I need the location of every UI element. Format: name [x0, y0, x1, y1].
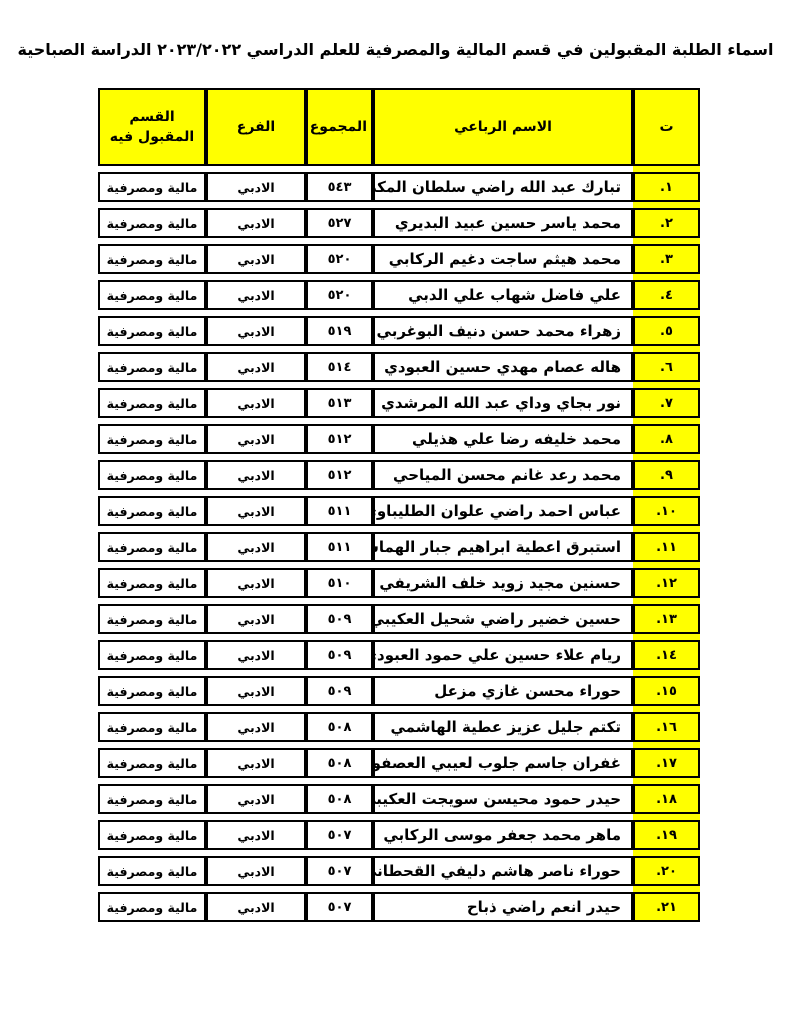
table-header-row: ت الاسم الرباعي المجموع الفرع القسم المق… [98, 88, 700, 166]
table-row: ٧. نور بجاي وداي عبد الله المرشدي ٥١٣ ال… [98, 388, 700, 418]
cell-index: ١١. [633, 532, 700, 562]
cell-index: ٢١. [633, 892, 700, 922]
cell-name: زهراء محمد حسن دنيف البوغربي [373, 316, 633, 346]
cell-index: ٨. [633, 424, 700, 454]
cell-name: حوراء محسن غازي مزعل [373, 676, 633, 706]
cell-total: ٥١٣ [306, 388, 373, 418]
cell-name: حسين خضير راضي شحيل العكيبي [373, 604, 633, 634]
cell-department: مالية ومصرفية [98, 532, 206, 562]
header-total: المجموع [306, 88, 373, 166]
cell-department: مالية ومصرفية [98, 676, 206, 706]
cell-total: ٥٠٧ [306, 820, 373, 850]
table-row: ٦. هاله عصام مهدي حسين العبودي ٥١٤ الادب… [98, 352, 700, 382]
table-row: ١٦. تكتم جليل عزيز عطية الهاشمي ٥٠٨ الاد… [98, 712, 700, 742]
cell-name: محمد هيثم ساجت دغيم الركابي [373, 244, 633, 274]
table-row: ٤. علي فاضل شهاب علي الدبي ٥٢٠ الادبي ما… [98, 280, 700, 310]
cell-branch: الادبي [206, 748, 306, 778]
cell-department: مالية ومصرفية [98, 640, 206, 670]
cell-department: مالية ومصرفية [98, 496, 206, 526]
cell-index: ٧. [633, 388, 700, 418]
cell-name: هاله عصام مهدي حسين العبودي [373, 352, 633, 382]
cell-branch: الادبي [206, 712, 306, 742]
document-page: اسماء الطلبة المقبولين في قسم المالية وا… [0, 0, 791, 1024]
cell-name: تبارك عبد الله راضي سلطان المكصوصي [373, 172, 633, 202]
cell-name: حسنين مجيد زويد خلف الشريفي [373, 568, 633, 598]
table-row: ١٧. غفران جاسم جلوب لعيبي العصفوري ٥٠٨ ا… [98, 748, 700, 778]
cell-name: عباس احمد راضي علوان الطليباوي [373, 496, 633, 526]
table-header: ت الاسم الرباعي المجموع الفرع القسم المق… [98, 88, 700, 166]
cell-index: ١٧. [633, 748, 700, 778]
cell-department: مالية ومصرفية [98, 208, 206, 238]
cell-name: ماهر محمد جعفر موسى الركابي [373, 820, 633, 850]
cell-total: ٥٠٨ [306, 748, 373, 778]
cell-department: مالية ومصرفية [98, 604, 206, 634]
cell-total: ٥١١ [306, 532, 373, 562]
cell-branch: الادبي [206, 280, 306, 310]
cell-index: ١٣. [633, 604, 700, 634]
cell-name: حيدر انعم راضي ذباح [373, 892, 633, 922]
cell-branch: الادبي [206, 352, 306, 382]
students-table-container: ت الاسم الرباعي المجموع الفرع القسم المق… [98, 82, 700, 928]
cell-index: ٤. [633, 280, 700, 310]
cell-branch: الادبي [206, 172, 306, 202]
cell-total: ٥٠٨ [306, 712, 373, 742]
table-row: ١٢. حسنين مجيد زويد خلف الشريفي ٥١٠ الاد… [98, 568, 700, 598]
table-row: ١٩. ماهر محمد جعفر موسى الركابي ٥٠٧ الاد… [98, 820, 700, 850]
cell-branch: الادبي [206, 496, 306, 526]
cell-department: مالية ومصرفية [98, 352, 206, 382]
cell-department: مالية ومصرفية [98, 316, 206, 346]
cell-department: مالية ومصرفية [98, 712, 206, 742]
cell-total: ٥٠٩ [306, 604, 373, 634]
cell-branch: الادبي [206, 640, 306, 670]
cell-department: مالية ومصرفية [98, 172, 206, 202]
header-branch: الفرع [206, 88, 306, 166]
table-row: ٢. محمد ياسر حسين عبيد البديري ٥٢٧ الادب… [98, 208, 700, 238]
cell-branch: الادبي [206, 856, 306, 886]
cell-name: محمد خليفه رضا علي هذيلي [373, 424, 633, 454]
cell-branch: الادبي [206, 892, 306, 922]
cell-branch: الادبي [206, 388, 306, 418]
table-row: ٢١. حيدر انعم راضي ذباح ٥٠٧ الادبي مالية… [98, 892, 700, 922]
cell-total: ٥١٩ [306, 316, 373, 346]
cell-department: مالية ومصرفية [98, 280, 206, 310]
cell-name: علي فاضل شهاب علي الدبي [373, 280, 633, 310]
cell-total: ٥١١ [306, 496, 373, 526]
cell-total: ٥٠٨ [306, 784, 373, 814]
cell-total: ٥١٢ [306, 424, 373, 454]
table-body: ١. تبارك عبد الله راضي سلطان المكصوصي ٥٤… [98, 172, 700, 922]
header-name: الاسم الرباعي [373, 88, 633, 166]
table-row: ١٥. حوراء محسن غازي مزعل ٥٠٩ الادبي مالي… [98, 676, 700, 706]
cell-name: حوراء ناصر هاشم دليفي القحطاني [373, 856, 633, 886]
cell-index: ١٦. [633, 712, 700, 742]
table-row: ٢٠. حوراء ناصر هاشم دليفي القحطاني ٥٠٧ ا… [98, 856, 700, 886]
cell-total: ٥٢٧ [306, 208, 373, 238]
table-row: ١٣. حسين خضير راضي شحيل العكيبي ٥٠٩ الاد… [98, 604, 700, 634]
cell-branch: الادبي [206, 424, 306, 454]
cell-department: مالية ومصرفية [98, 424, 206, 454]
cell-total: ٥١٤ [306, 352, 373, 382]
cell-department: مالية ومصرفية [98, 784, 206, 814]
cell-branch: الادبي [206, 208, 306, 238]
cell-branch: الادبي [206, 820, 306, 850]
cell-index: ٦. [633, 352, 700, 382]
cell-total: ٥٠٧ [306, 856, 373, 886]
table-row: ٨. محمد خليفه رضا علي هذيلي ٥١٢ الادبي م… [98, 424, 700, 454]
table-row: ١. تبارك عبد الله راضي سلطان المكصوصي ٥٤… [98, 172, 700, 202]
header-department: القسم المقبول فيه [98, 88, 206, 166]
cell-name: نور بجاي وداي عبد الله المرشدي [373, 388, 633, 418]
cell-total: ٥٢٠ [306, 280, 373, 310]
cell-name: استبرق اعطية ابراهيم جبار الهماشي [373, 532, 633, 562]
cell-index: ٥. [633, 316, 700, 346]
cell-department: مالية ومصرفية [98, 856, 206, 886]
table-row: ١٨. حيدر حمود محيسن سويجت العكيبي ٥٠٨ ال… [98, 784, 700, 814]
cell-name: غفران جاسم جلوب لعيبي العصفوري [373, 748, 633, 778]
cell-index: ٢. [633, 208, 700, 238]
cell-department: مالية ومصرفية [98, 820, 206, 850]
cell-branch: الادبي [206, 604, 306, 634]
cell-index: ١٨. [633, 784, 700, 814]
cell-index: ١٩. [633, 820, 700, 850]
cell-index: ١. [633, 172, 700, 202]
cell-branch: الادبي [206, 244, 306, 274]
table-row: ١١. استبرق اعطية ابراهيم جبار الهماشي ٥١… [98, 532, 700, 562]
cell-total: ٥١٠ [306, 568, 373, 598]
cell-department: مالية ومصرفية [98, 388, 206, 418]
table-row: ٩. محمد رعد غانم محسن المياحي ٥١٢ الادبي… [98, 460, 700, 490]
cell-branch: الادبي [206, 568, 306, 598]
cell-name: محمد ياسر حسين عبيد البديري [373, 208, 633, 238]
cell-name: تكتم جليل عزيز عطية الهاشمي [373, 712, 633, 742]
students-table: ت الاسم الرباعي المجموع الفرع القسم المق… [98, 82, 700, 928]
cell-index: ١٢. [633, 568, 700, 598]
cell-index: ٢٠. [633, 856, 700, 886]
cell-total: ٥١٢ [306, 460, 373, 490]
cell-department: مالية ومصرفية [98, 748, 206, 778]
cell-name: حيدر حمود محيسن سويجت العكيبي [373, 784, 633, 814]
cell-index: ١٤. [633, 640, 700, 670]
header-index: ت [633, 88, 700, 166]
cell-name: ريام علاء حسين علي حمود العبودي [373, 640, 633, 670]
page-title: اسماء الطلبة المقبولين في قسم المالية وا… [0, 40, 791, 59]
cell-total: ٥٢٠ [306, 244, 373, 274]
table-row: ١٠. عباس احمد راضي علوان الطليباوي ٥١١ ا… [98, 496, 700, 526]
cell-department: مالية ومصرفية [98, 460, 206, 490]
cell-branch: الادبي [206, 676, 306, 706]
cell-index: ٣. [633, 244, 700, 274]
cell-department: مالية ومصرفية [98, 568, 206, 598]
cell-branch: الادبي [206, 532, 306, 562]
cell-index: ١٠. [633, 496, 700, 526]
cell-total: ٥٠٧ [306, 892, 373, 922]
cell-branch: الادبي [206, 460, 306, 490]
table-row: ١٤. ريام علاء حسين علي حمود العبودي ٥٠٩ … [98, 640, 700, 670]
cell-department: مالية ومصرفية [98, 892, 206, 922]
cell-department: مالية ومصرفية [98, 244, 206, 274]
cell-total: ٥٤٣ [306, 172, 373, 202]
cell-name: محمد رعد غانم محسن المياحي [373, 460, 633, 490]
cell-index: ١٥. [633, 676, 700, 706]
cell-total: ٥٠٩ [306, 676, 373, 706]
cell-branch: الادبي [206, 784, 306, 814]
cell-total: ٥٠٩ [306, 640, 373, 670]
table-row: ٥. زهراء محمد حسن دنيف البوغربي ٥١٩ الاد… [98, 316, 700, 346]
table-row: ٣. محمد هيثم ساجت دغيم الركابي ٥٢٠ الادب… [98, 244, 700, 274]
cell-index: ٩. [633, 460, 700, 490]
cell-branch: الادبي [206, 316, 306, 346]
